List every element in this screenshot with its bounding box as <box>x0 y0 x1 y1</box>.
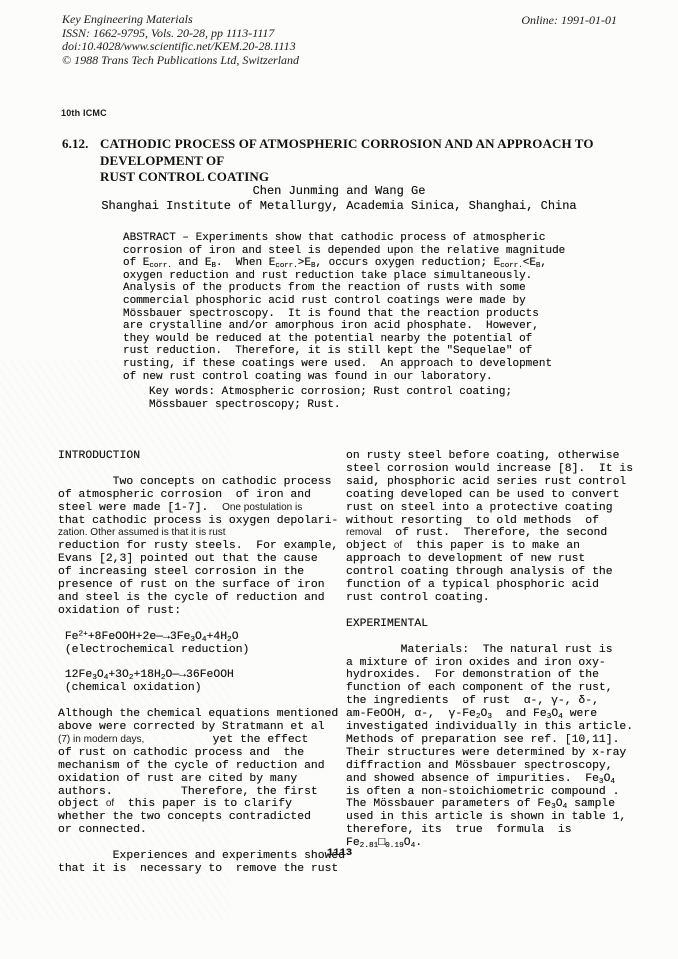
text-line: approach to development of new rust <box>346 553 648 566</box>
text-line <box>58 837 350 850</box>
text-line: is often a non-stoichiometric compound . <box>346 786 648 799</box>
text-line: removal of rust. Therefore, the second <box>346 527 648 540</box>
text-line: Although the chemical equations mentione… <box>58 708 350 721</box>
text-line: rust reduction. Therefore, it is still k… <box>123 345 573 358</box>
text-line: object of this paper is to clarify <box>58 798 350 811</box>
text-line: coating developed can be used to convert <box>346 489 648 502</box>
text-line: Mössbauer spectroscopy. It is found that… <box>123 308 573 321</box>
online-date: Online: 1991-01-01 <box>521 13 617 28</box>
journal-doi: doi:10.4028/www.scientific.net/KEM.20-28… <box>62 40 299 54</box>
journal-copyright: © 1988 Trans Tech Publications Ltd, Swit… <box>62 54 299 68</box>
paper-title: 6.12. CATHODIC PROCESS OF ATMOSPHERIC CO… <box>62 136 627 186</box>
text-line: diffraction and Mössbauer spectroscopy, <box>346 760 648 773</box>
text-line: of Ecorr. and EB. When Ecorr.>EB, occurs… <box>123 257 573 270</box>
left-column: INTRODUCTION Two concepts on cathodic pr… <box>58 450 350 876</box>
authors-line: Chen Junming and Wang Ge <box>0 184 678 198</box>
text-line: EXPERIMENTAL <box>346 618 648 631</box>
title-text: CATHODIC PROCESS OF ATMOSPHERIC CORROSIO… <box>100 136 627 186</box>
abstract-block: ABSTRACT – Experiments show that cathodi… <box>123 232 573 383</box>
text-line: are crystalline and/or amorphous iron ac… <box>123 320 573 333</box>
text-line: Fe2++8FeOOH+2e—→3Fe3O4+4H2O <box>58 631 350 644</box>
text-line: investigated individually in this articl… <box>346 721 648 734</box>
text-line: ABSTRACT – Experiments show that cathodi… <box>123 232 573 245</box>
journal-issn: ISSN: 1662-9795, Vols. 20-28, pp 1113-11… <box>62 27 299 41</box>
text-line: The Mössbauer parameters of Fe3O4 sample <box>346 798 648 811</box>
text-line: Evans [2,3] pointed out that the cause <box>58 553 350 566</box>
text-line: of increasing steel corrosion in the <box>58 566 350 579</box>
text-line: said, phosphoric acid series rust contro… <box>346 476 648 489</box>
text-line: that cathodic process is oxygen depolari… <box>58 515 350 528</box>
title-number: 6.12. <box>62 136 100 186</box>
text-line: presence of rust on the surface of iron <box>58 579 350 592</box>
text-line: and steel is the cycle of reduction and <box>58 592 350 605</box>
title-line-1: CATHODIC PROCESS OF ATMOSPHERIC CORROSIO… <box>100 136 594 168</box>
text-line: without resorting to old methods of <box>346 515 648 528</box>
text-line: oxygen reduction and rust reduction take… <box>123 270 573 283</box>
text-line: that it is necessary to remove the rust <box>58 863 350 876</box>
conference-label: 10th ICMC <box>61 108 107 118</box>
text-line: corrosion of iron and steel is depended … <box>123 245 573 258</box>
text-line <box>58 695 350 708</box>
text-line: a mixture of iron oxides and iron oxy- <box>346 657 648 670</box>
text-line <box>58 618 350 631</box>
text-line: function of each component of the rust, <box>346 682 648 695</box>
text-line: control coating through analysis of the <box>346 566 648 579</box>
text-line: INTRODUCTION <box>58 450 350 463</box>
text-line <box>58 657 350 670</box>
keywords-block: Key words: Atmospheric corrosion; Rust c… <box>149 386 569 412</box>
text-line: and showed absence of impurities. Fe3O4 <box>346 773 648 786</box>
text-line: (7) in modern days, yet the effect <box>58 734 350 747</box>
text-line: Analysis of the products from the reacti… <box>123 282 573 295</box>
scanned-paper-page: Key Engineering Materials ISSN: 1662-979… <box>0 0 678 959</box>
text-line: rust control coating. <box>346 592 648 605</box>
text-line: hydroxides. For demonstration of the <box>346 669 648 682</box>
text-line: of new rust control coating was found in… <box>123 371 573 384</box>
text-line: whether the two concepts contradicted <box>58 811 350 824</box>
text-line: steel corrosion would increase [8]. It i… <box>346 463 648 476</box>
text-line: on rusty steel before coating, otherwise <box>346 450 648 463</box>
text-line: object of this paper is to make an <box>346 540 648 553</box>
text-line: or connected. <box>58 824 350 837</box>
text-line: Key words: Atmospheric corrosion; Rust c… <box>149 386 569 399</box>
text-line: they would be reduced at the potential n… <box>123 333 573 346</box>
text-line: used in this article is shown in table 1… <box>346 811 648 824</box>
text-line: Their structures were determined by x-ra… <box>346 747 648 760</box>
text-line <box>346 631 648 644</box>
text-line: Two concepts on cathodic process <box>58 476 350 489</box>
text-line <box>58 463 350 476</box>
text-line: of atmospheric corrosion of iron and <box>58 489 350 502</box>
text-line: zation. Other assumed is that it is rust <box>58 527 350 540</box>
text-line: of rust on cathodic process and the <box>58 747 350 760</box>
text-line: steel were made [1-7]. One postulation i… <box>58 502 350 515</box>
right-column: on rusty steel before coating, otherwise… <box>346 450 648 850</box>
text-line: oxidation of rust: <box>58 605 350 618</box>
text-line: authors. Therefore, the first <box>58 786 350 799</box>
text-line <box>346 605 648 618</box>
title-line-2: RUST CONTROL COATING <box>100 169 269 184</box>
text-line: 12Fe3O4+3O2+18H2O—→36FeOOH <box>58 669 350 682</box>
text-line: rust on steel into a protective coating <box>346 502 648 515</box>
text-line: Fe2.81□0.19O4. <box>346 837 648 850</box>
text-line: mechanism of the cycle of reduction and <box>58 760 350 773</box>
text-line: reduction for rusty steels. For example, <box>58 540 350 553</box>
page-number: 1113 <box>327 847 352 859</box>
text-line: (electrochemical reduction) <box>58 644 350 657</box>
text-line: oxidation of rust are cited by many <box>58 773 350 786</box>
text-line: am-FeOOH, α-, γ-Fe2O3 and Fe3O4 were <box>346 708 648 721</box>
journal-header: Key Engineering Materials ISSN: 1662-979… <box>62 13 299 67</box>
text-line: commercial phosphoric acid rust control … <box>123 295 573 308</box>
text-line: (chemical oxidation) <box>58 682 350 695</box>
text-line: Experiences and experiments showed <box>58 850 350 863</box>
text-line: Methods of preparation see ref. [10,11]. <box>346 734 648 747</box>
text-line: above were corrected by Stratmann et al <box>58 721 350 734</box>
journal-name: Key Engineering Materials <box>62 13 299 27</box>
text-line: rusting, if these coatings were used. An… <box>123 358 573 371</box>
text-line: function of a typical phosphoric acid <box>346 579 648 592</box>
text-line: Materials: The natural rust is <box>346 644 648 657</box>
affiliation-line: Shanghai Institute of Metallurgy, Academ… <box>0 199 678 213</box>
text-line: therefore, its true formula is <box>346 824 648 837</box>
text-line: Mössbauer spectroscopy; Rust. <box>149 399 569 412</box>
text-line: the ingredients of rust α-, γ-, δ-, <box>346 695 648 708</box>
